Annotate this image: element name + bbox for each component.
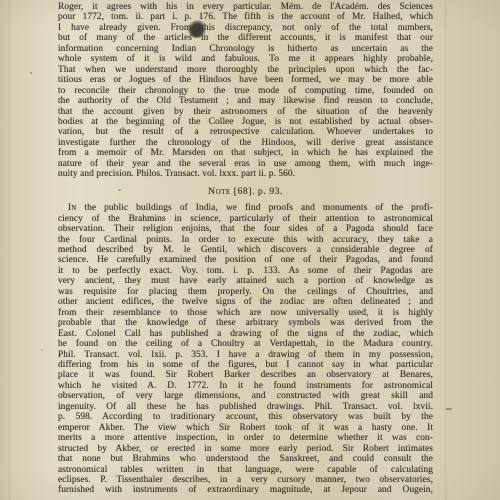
text-line: that none but Brahmins who understood th… (58, 454, 433, 464)
text-line: whole system of it is wild and fabulous.… (58, 54, 433, 64)
text-line: vation, but the result of a retrospectiv… (58, 127, 433, 137)
note-67-continuation-paragraph: Roger, it agrees with his in every parti… (58, 2, 433, 180)
text-line: which he visited A. D. 1772. In it he fo… (58, 381, 433, 391)
note-heading-reference: [68]. p. 93. (231, 186, 283, 197)
text-line: information concerning Indian Chronology… (58, 44, 433, 54)
note-heading: Note [68]. p. 93. (58, 187, 433, 197)
page-crease-right (444, 0, 447, 500)
text-line: science. He carefully examined the posit… (58, 255, 433, 265)
text-line: he found on the ceiling of a Choultry at… (58, 339, 433, 349)
text-line: bodies at the beginning of the Collee Jo… (58, 117, 433, 127)
text-line: nuity and precision. Philos. Transact. v… (58, 169, 433, 179)
text-line: method described by M. le Gentil, which … (58, 245, 433, 255)
text-line: but of many of the articles in the diffe… (58, 33, 433, 43)
text-line: structed by Akber, or erected in some mo… (58, 444, 433, 454)
text-line: In the public buildings of India, we fin… (58, 203, 433, 213)
text-line: from their resemblance to those which ar… (58, 308, 433, 318)
text-line: other ancient edifices, the twelve signs… (58, 297, 433, 307)
paragraph-lead-word: In (68, 203, 76, 213)
ink-speck (129, 234, 131, 236)
text-line: observation, of very large dimensions, a… (58, 391, 433, 401)
ink-speck (446, 408, 452, 410)
ink-speck (30, 72, 32, 74)
text-line: p. 598. According to traditionary accoun… (58, 412, 433, 422)
text-line: differing from his in some of the figure… (58, 360, 433, 370)
text-line: eclipses. P. Tissenthaler describes, in … (58, 475, 433, 485)
note-heading-word: Note (208, 186, 231, 197)
note-68-paragraph: In the public buildings of India, we fin… (58, 203, 433, 496)
text-line: the authority of the Old Testament ; and… (58, 96, 433, 106)
text-line: the four Cardinal points. In order to ex… (58, 235, 433, 245)
text-line: titious eras or Jogues of the Hindoos ha… (58, 75, 433, 85)
text-line: very ancient, they must have early attai… (58, 276, 433, 286)
text-line: from a memoir of Mr. Marsden on that sub… (58, 148, 433, 158)
text-line: nature of their year and the several era… (58, 159, 433, 169)
text-line-rest: the public buildings of India, we find p… (84, 203, 433, 213)
text-line: Roger, it agrees with his in every parti… (58, 2, 433, 12)
text-line: was requisite for placing them properly.… (58, 287, 433, 297)
text-line: I have already given. From this discrepa… (58, 23, 433, 33)
text-line: Phil. Transact. vol. lxii. p. 353. I hav… (58, 350, 433, 360)
page-crease-left (8, 0, 11, 500)
text-line: place it was found. Sir Robert Barker de… (58, 370, 433, 380)
text-line: merits a more attentive inspection, in o… (58, 433, 433, 443)
scanned-book-page: { "page": { "paper_color": "#ddd5bd", "i… (0, 0, 500, 500)
text-column: Roger, it agrees with his in every parti… (58, 2, 433, 496)
text-line: pour 1772, tom. ii. part i. p. 176. The … (58, 12, 433, 22)
text-line: East. Colonel Call has published a drawi… (58, 329, 433, 339)
text-line: that the account given by their astronom… (58, 107, 433, 117)
text-line: furnished with instruments of extraordin… (58, 485, 433, 495)
text-line: ciency of the Brahmins in science, parti… (58, 214, 433, 224)
text-line: to reconcile their chronology to the tru… (58, 86, 433, 96)
text-line: investigate further the chronology of th… (58, 138, 433, 148)
text-line: That when we understand more thoroughly … (58, 65, 433, 75)
text-line: emperor Akber. The view which Sir Robert… (58, 423, 433, 433)
text-line: it to be perfectly exact. Voy. tom. i. p… (58, 266, 433, 276)
text-line: ingenuity. Of all these he has published… (58, 402, 433, 412)
text-line: observation. Their religion enjoins, tha… (58, 224, 433, 234)
ink-speck (41, 349, 43, 351)
ink-speck (118, 189, 121, 191)
text-line: probable that the knowledge of these arb… (58, 318, 433, 328)
text-line: astronomical tables written in that lang… (58, 465, 433, 475)
